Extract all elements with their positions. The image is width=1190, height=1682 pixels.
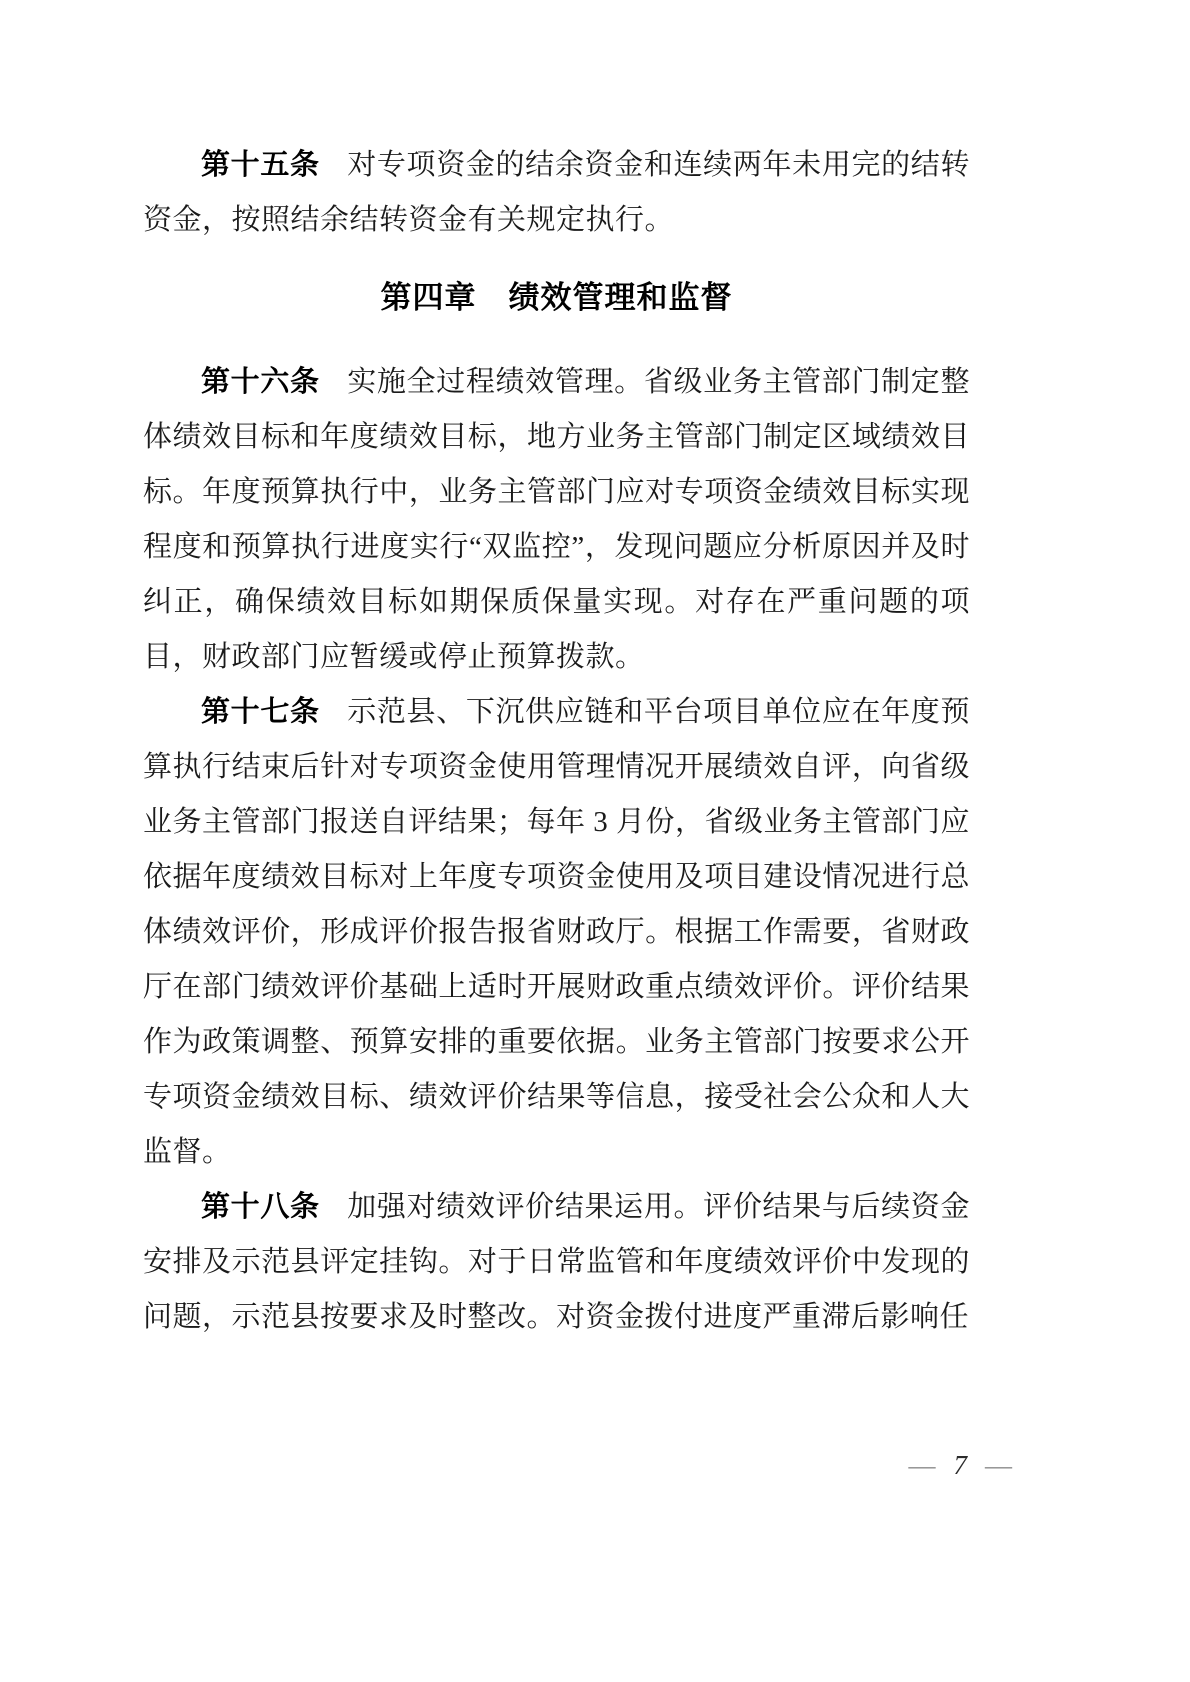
article-16-body: 实施全过程绩效管理。省级业务主管部门制定整体绩效目标和年度绩效目标，地方业务主管… (143, 366, 970, 673)
article-17: 第十七条示范县、下沉供应链和平台项目单位应在年度预算执行结束后针对专项资金使用管… (143, 685, 970, 1180)
article-15: 第十五条对专项资金的结余资金和连续两年未用完的结转资金，按照结余结转资金有关规定… (143, 138, 970, 248)
article-16: 第十六条实施全过程绩效管理。省级业务主管部门制定整体绩效目标和年度绩效目标，地方… (143, 355, 970, 685)
article-16-term: 第十六条 (201, 366, 320, 398)
page-number-value: 7 (954, 1450, 968, 1480)
article-17-body: 示范县、下沉供应链和平台项目单位应在年度预算执行结束后针对专项资金使用管理情况开… (143, 696, 970, 1168)
document-page: 第十五条对专项资金的结余资金和连续两年未用完的结转资金，按照结余结转资金有关规定… (0, 0, 1190, 1682)
text-content: 第十五条对专项资金的结余资金和连续两年未用完的结转资金，按照结余结转资金有关规定… (143, 138, 970, 1345)
page-number-dash-right: — (985, 1450, 1012, 1480)
article-18-term: 第十八条 (201, 1191, 320, 1223)
chapter-heading: 第四章 绩效管理和监督 (143, 270, 970, 325)
article-15-term: 第十五条 (201, 149, 320, 181)
page-number: —7— (909, 1448, 1013, 1482)
article-18: 第十八条加强对绩效评价结果运用。评价结果与后续资金安排及示范县评定挂钩。对于日常… (143, 1180, 970, 1345)
article-17-term: 第十七条 (201, 696, 320, 728)
page-number-dash-left: — (909, 1450, 936, 1480)
